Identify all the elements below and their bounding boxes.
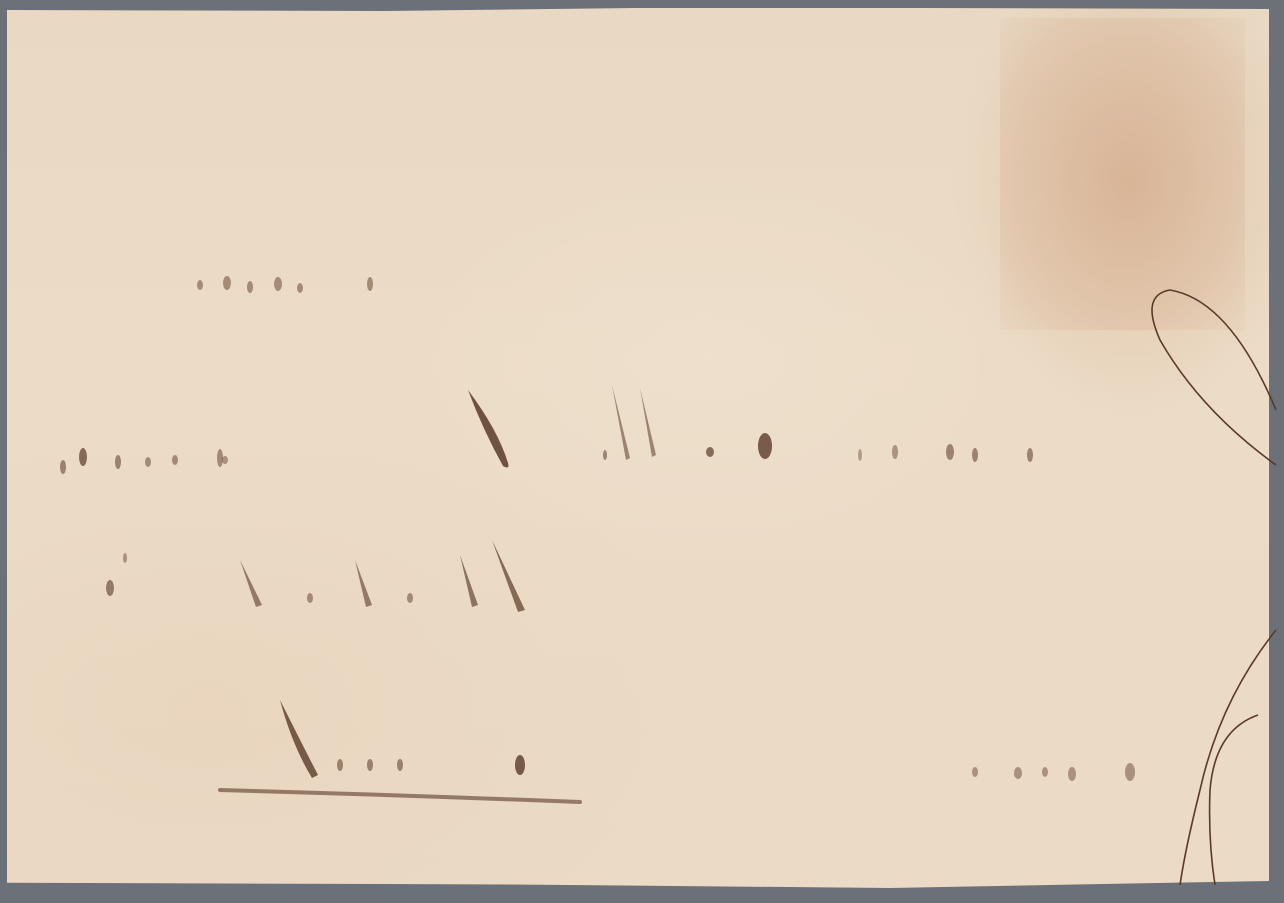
mirrored-line-2	[60, 385, 1033, 474]
mirrored-word-bottom-right	[972, 763, 1135, 781]
mirrored-line-4-with-underline	[220, 700, 580, 802]
mirrored-line-1	[197, 276, 373, 293]
ink-marks	[0, 0, 1284, 903]
pen-flourish	[1152, 290, 1276, 885]
mirrored-line-3	[106, 540, 525, 612]
